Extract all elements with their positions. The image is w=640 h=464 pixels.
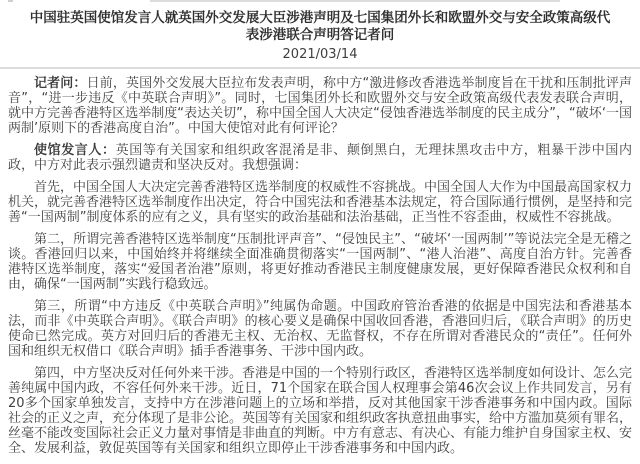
article-body: 记者问：日前，英国外交发展大臣拉布发表声明，称中方“激进修改香港选举制度旨在干扰… — [0, 76, 640, 456]
paragraph-text: 日前，英国外交发展大臣拉布发表声明，称中方“激进修改香港选举制度旨在干扰和压制批… — [8, 76, 632, 136]
paragraph-text: 第三，所谓“中方违反《中英联合声明》”纯属伪命题。中国政府管治香港的依据是中国宪… — [8, 299, 632, 359]
paragraph-point-first: 首先，中国全国人大决定完善香港特区选举制度的权威性不容挑战。中国全国人大作为中国… — [8, 180, 632, 225]
paragraph-point-fourth: 第四，中方坚决反对任何外来干涉。香港是中国的一个特别行政区，香港特区选举制度如何… — [8, 366, 632, 456]
paragraph-lead: 使馆发言人： — [34, 143, 116, 158]
paragraph-text: 第四，中方坚决反对任何外来干涉。香港是中国的一个特别行政区，香港特区选举制度如何… — [8, 366, 632, 456]
page-title: 中国驻英国使馆发言人就英国外交发展大臣涉港声明及七国集团外长和欧盟外交与安全政策… — [26, 10, 614, 44]
divider — [0, 67, 640, 69]
paragraph-point-second: 第二，所谓完善香港特区选举制度“压制批评声音”、“侵蚀民主”、“破坏‘一国两制’… — [8, 232, 632, 292]
publish-date: 2021/03/14 — [0, 47, 640, 63]
cutoff-header-border — [150, 0, 560, 2]
paragraph-text: 首先，中国全国人大决定完善香港特区选举制度的权威性不容挑战。中国全国人大作为中国… — [8, 180, 632, 225]
paragraph-point-third: 第三，所谓“中方违反《中英联合声明》”纯属伪命题。中国政府管治香港的依据是中国宪… — [8, 299, 632, 359]
paragraph-reporter-question: 记者问：日前，英国外交发展大臣拉布发表声明，称中方“激进修改香港选举制度旨在干扰… — [8, 76, 632, 136]
paragraph-text: 第二，所谓完善香港特区选举制度“压制批评声音”、“侵蚀民主”、“破坏‘一国两制’… — [8, 232, 632, 292]
article: 中国驻英国使馆发言人就英国外交发展大臣涉港声明及七国集团外长和欧盟外交与安全政策… — [0, 10, 640, 456]
paragraph-lead: 记者问： — [34, 76, 87, 91]
paragraph-spokesperson-answer: 使馆发言人：英国等有关国家和组织政客混淆是非、颠倒黑白，无理抹黑攻击中方，粗暴干… — [8, 143, 632, 173]
cutoff-left-tick — [8, 0, 13, 2]
